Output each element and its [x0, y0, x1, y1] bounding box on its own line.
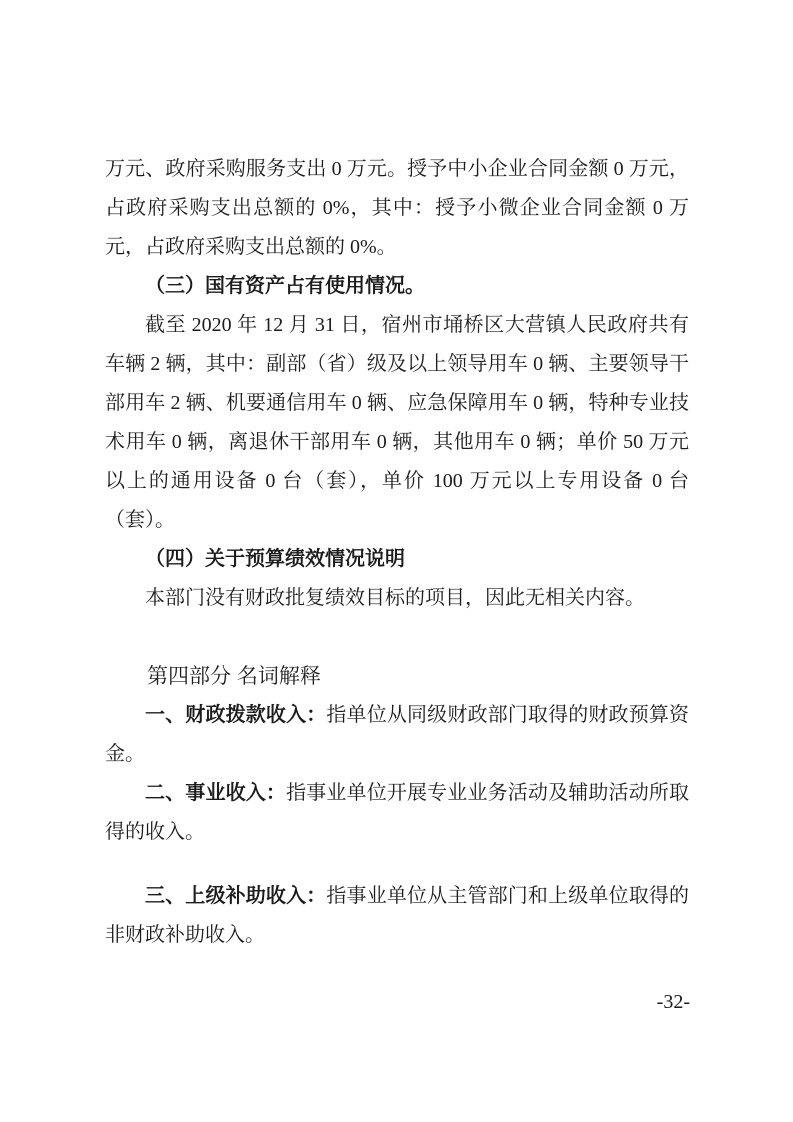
term-label-fiscal-appropriation-income: 一、财政拨款收入：: [145, 704, 326, 726]
term-definition-institutional-income: 二、事业收入：指事业单位开展专业业务活动及辅助活动所取得的收入。: [105, 774, 689, 852]
heading-budget-performance: （四）关于预算绩效情况说明: [105, 540, 689, 579]
paragraph-budget-performance: 本部门没有财政批复绩效目标的项目，因此无相关内容。: [105, 579, 689, 618]
term-definition-superior-subsidy-income: 三、上级补助收入：指事业单位从主管部门和上级单位取得的非财政补助收入。: [105, 877, 689, 955]
term-definition-fiscal-appropriation-income: 一、财政拨款收入：指单位从同级财政部门取得的财政预算资金。: [105, 696, 689, 774]
term-label-superior-subsidy-income: 三、上级补助收入：: [145, 885, 326, 907]
term-label-institutional-income: 二、事业收入：: [145, 782, 286, 804]
document-page: 万元、政府采购服务支出 0 万元。授予中小企业合同金额 0 万元，占政府采购支出…: [0, 0, 793, 1122]
paragraph-state-assets: 截至 2020 年 12 月 31 日，宿州市埇桥区大营镇人民政府共有车辆 2 …: [105, 306, 689, 540]
page-number: -32-: [657, 990, 690, 1014]
heading-state-assets: （三）国有资产占有使用情况。: [105, 267, 689, 306]
document-body: 万元、政府采购服务支出 0 万元。授予中小企业合同金额 0 万元，占政府采购支出…: [105, 150, 689, 955]
section-title-part4-glossary: 第四部分 名词解释: [105, 657, 689, 696]
paragraph-procurement-continued: 万元、政府采购服务支出 0 万元。授予中小企业合同金额 0 万元，占政府采购支出…: [105, 150, 689, 267]
